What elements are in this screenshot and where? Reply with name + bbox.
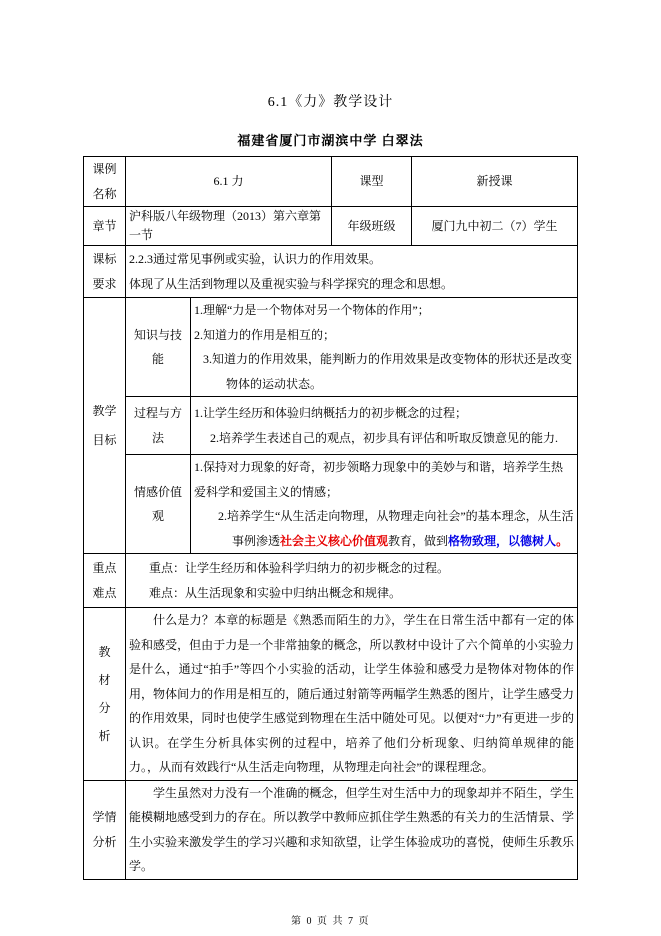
- label-material-analysis: 教材分析: [84, 608, 126, 781]
- row-objectives-emotion: 情感价值观 1.保持对力现象的好奇，初步领略力现象中的美妙与和谐，培养学生热爱科…: [84, 455, 578, 554]
- knowledge-item-2: 2.知道力的作用是相互的；: [194, 323, 574, 348]
- sublabel-knowledge-skills: 知识与技能: [126, 298, 191, 397]
- focus-point: 重点：让学生经历和体验科学归纳力的初步概念的过程。: [129, 556, 574, 581]
- emotion-period-red: 。: [556, 534, 568, 548]
- knowledge-item-1: 1.理解“力是一个物体对另一个物体的作用”；: [194, 298, 574, 323]
- label-course-type: 课型: [332, 157, 412, 207]
- document-page: 6.1《力》教学设计 福建省厦门市湖滨中学 白翠法 课例名称 6.1 力 课型 …: [0, 0, 661, 936]
- author-line: 福建省厦门市湖滨中学 白翠法: [0, 133, 661, 149]
- label-key-difficult-points: 重点难点: [84, 554, 126, 608]
- label-learner-analysis: 学情分析: [84, 780, 126, 879]
- material-analysis-content: 什么是力？本章的标题是《熟悉而陌生的力》，学生在日常生活中都有一定的体验和感受，…: [126, 608, 578, 781]
- row-lesson-name: 课例名称 6.1 力 课型 新授课: [84, 157, 578, 207]
- knowledge-skills-content: 1.理解“力是一个物体对另一个物体的作用”； 2.知道力的作用是相互的； 3.知…: [191, 298, 578, 397]
- label-lesson-name: 课例名称: [84, 157, 126, 207]
- emotion-values-content: 1.保持对力现象的好奇，初步领略力现象中的美妙与和谐，培养学生热爱科学和爱国主义…: [191, 455, 578, 554]
- lesson-name-value: 6.1 力: [126, 157, 332, 207]
- row-chapter: 章节 沪科版八年级物理（2013）第六章第一节 年级班级 厦门九中初二（7）学生: [84, 207, 578, 246]
- row-material-analysis: 教材分析 什么是力？本章的标题是《熟悉而陌生的力》，学生在日常生活中都有一定的体…: [84, 608, 578, 781]
- row-objectives-knowledge: 教学目标 知识与技能 1.理解“力是一个物体对另一个物体的作用”； 2.知道力的…: [84, 298, 578, 397]
- label-curriculum-standard: 课标要求: [84, 246, 126, 298]
- learner-analysis-paragraph: 学生虽然对力没有一个准确的概念，但学生对生活中力的现象却并不陌生，学生能模糊地感…: [129, 781, 574, 879]
- row-curriculum-standard: 课标要求 2.2.3通过常见事例或实验，认识力的作用效果。 体现了从生活到物理以…: [84, 246, 578, 298]
- page-number-footer: 第 0 页 共 7 页: [0, 912, 661, 927]
- chapter-value: 沪科版八年级物理（2013）第六章第一节: [126, 207, 332, 246]
- process-item-1: 1.让学生经历和体验归纳概括力的初步概念的过程；: [194, 401, 574, 426]
- emotion-item-2-text-mid: 教育，做到: [388, 534, 448, 548]
- emotion-item-1: 1.保持对力现象的好奇，初步领略力现象中的美妙与和谐，培养学生热爱科学和爱国主义…: [194, 455, 574, 504]
- process-methods-content: 1.让学生经历和体验归纳概括力的初步概念的过程； 2.培养学生表述自己的观点，初…: [191, 397, 578, 455]
- difficult-point: 难点：从生活现象和实验中归纳出概念和规律。: [129, 581, 574, 606]
- emotion-core-values-red-text: 社会主义核心价值观: [280, 534, 388, 548]
- label-grade-class: 年级班级: [332, 207, 412, 246]
- grade-class-value: 厦门九中初二（7）学生: [412, 207, 578, 246]
- material-analysis-paragraph: 什么是力？本章的标题是《熟悉而陌生的力》，学生在日常生活中都有一定的体验和感受，…: [129, 608, 574, 780]
- standard-line-2: 体现了从生活到物理以及重视实验与科学探究的理念和思想。: [129, 272, 574, 297]
- sublabel-emotion-values: 情感价值观: [126, 455, 191, 554]
- curriculum-standard-content: 2.2.3通过常见事例或实验，认识力的作用效果。 体现了从生活到物理以及重视实验…: [126, 246, 578, 298]
- lesson-plan-table: 课例名称 6.1 力 课型 新授课 章节 沪科版八年级物理（2013）第六章第一…: [83, 156, 578, 880]
- row-learner-analysis: 学情分析 学生虽然对力没有一个准确的概念，但学生对生活中力的现象却并不陌生，学生…: [84, 780, 578, 879]
- course-type-value: 新授课: [412, 157, 578, 207]
- knowledge-item-3: 3.知道力的作用效果，能判断力的作用效果是改变物体的形状还是改变物体的运动状态。: [226, 347, 574, 396]
- document-title: 6.1《力》教学设计: [0, 95, 661, 110]
- emotion-motto-blue-text: 格物致理，以德树人: [448, 534, 556, 548]
- process-item-2: 2.培养学生表述自己的观点，初步具有评估和听取反馈意见的能力.: [194, 426, 574, 451]
- row-objectives-process: 过程与方法 1.让学生经历和体验归纳概括力的初步概念的过程； 2.培养学生表述自…: [84, 397, 578, 455]
- label-chapter: 章节: [84, 207, 126, 246]
- label-teaching-objectives: 教学目标: [84, 298, 126, 554]
- key-points-content: 重点：让学生经历和体验科学归纳力的初步概念的过程。 难点：从生活现象和实验中归纳…: [126, 554, 578, 608]
- learner-analysis-content: 学生虽然对力没有一个准确的概念，但学生对生活中力的现象却并不陌生，学生能模糊地感…: [126, 780, 578, 879]
- row-key-points: 重点难点 重点：让学生经历和体验科学归纳力的初步概念的过程。 难点：从生活现象和…: [84, 554, 578, 608]
- standard-line-1: 2.2.3通过常见事例或实验，认识力的作用效果。: [129, 247, 574, 272]
- sublabel-process-methods: 过程与方法: [126, 397, 191, 455]
- emotion-item-2: 2.培养学生“从生活走向物理，从物理走向社会”的基本理念，从生活事例渗透社会主义…: [232, 504, 574, 553]
